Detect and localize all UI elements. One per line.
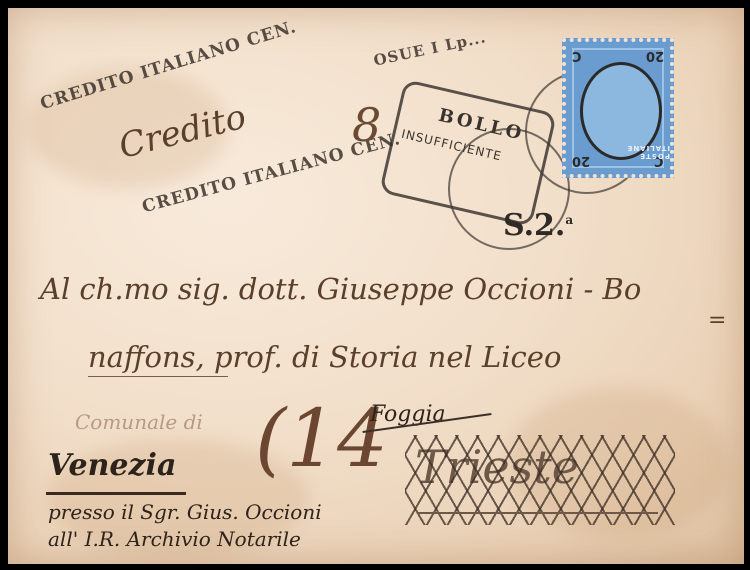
destination-city: Venezia <box>48 448 176 483</box>
postage-stamp: C 20 20 C POSTE ITALIANE <box>562 38 674 178</box>
care-of-line-2: all' I.R. Archivio Notarile <box>48 527 301 551</box>
stamp-corner-value: 20 <box>646 48 664 63</box>
tax-mark-value: S.2. <box>503 208 565 243</box>
underline <box>46 492 186 495</box>
address-line-2: naffons, prof. di Storia nel Liceo <box>88 340 561 374</box>
large-numeral-14: (14 <box>255 392 388 485</box>
stamp-corner-value: C <box>572 48 582 63</box>
underline <box>418 512 658 514</box>
numeral-eight: 8 <box>352 98 381 152</box>
address-line-1: Al ch.mo sig. dott. Giuseppe Occioni - B… <box>40 272 641 306</box>
comunale-text: Comunale di <box>75 410 203 434</box>
underline <box>88 376 228 377</box>
tax-mark: S.2.a <box>503 208 573 243</box>
tax-mark-superscript: a <box>565 213 573 227</box>
stamp-country-text: POSTE ITALIANE <box>596 144 670 160</box>
stamp-corner-value: 20 <box>572 153 590 168</box>
address-line-1-text: Al ch.mo sig. dott. Giuseppe Occioni - B… <box>40 272 641 306</box>
care-of-line-1: presso il Sgr. Gius. Occioni <box>48 500 322 524</box>
continuation-mark: = <box>708 308 726 333</box>
crossed-out-word: Foggia <box>370 402 446 427</box>
